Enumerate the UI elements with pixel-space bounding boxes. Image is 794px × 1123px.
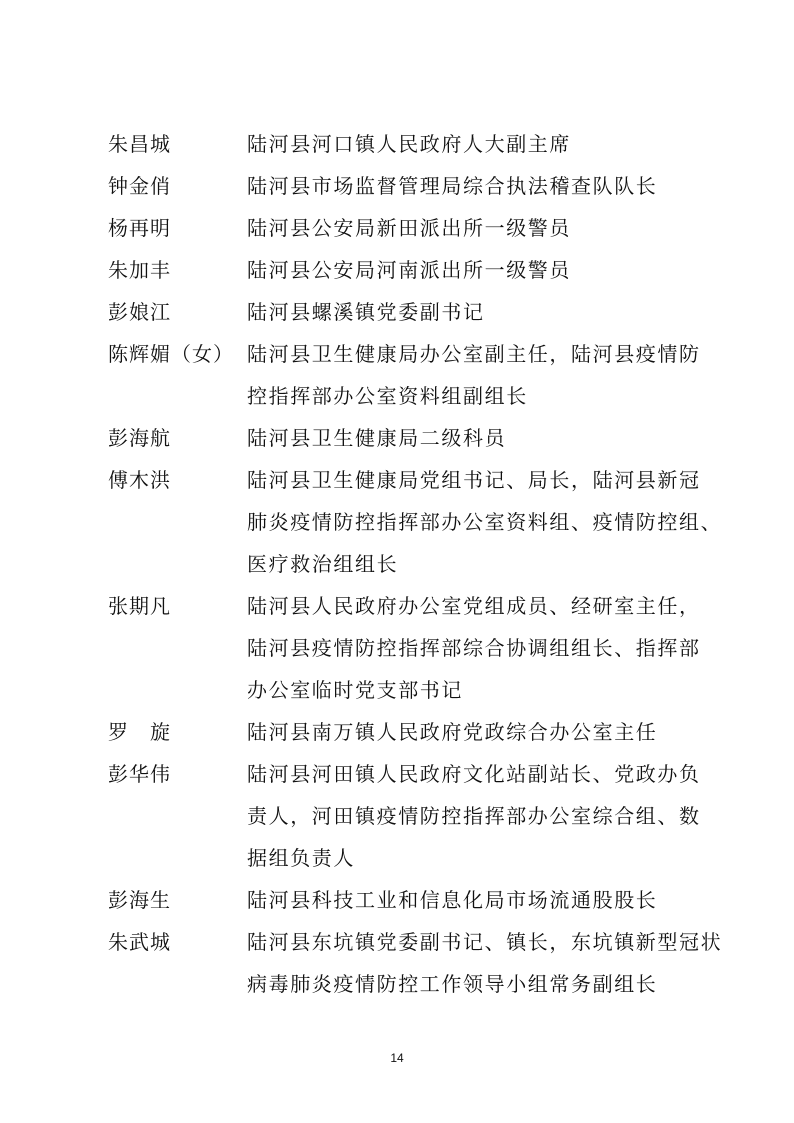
position-description: 陆河县河田镇人民政府文化站副站长、党政办负责人，河田镇疫情防控指挥部办公室综合组… <box>247 753 707 879</box>
person-name: 彭海航 <box>108 417 247 459</box>
list-item: 彭娘江陆河县螺溪镇党委副书记 <box>108 291 708 333</box>
position-description: 陆河县卫生健康局党组书记、局长，陆河县新冠肺炎疫情防控指挥部办公室资料组、疫情防… <box>247 459 707 585</box>
position-description: 陆河县市场监督管理局综合执法稽查队队长 <box>247 165 707 207</box>
position-description: 陆河县卫生健康局二级科员 <box>247 417 707 459</box>
description-line: 陆河县卫生健康局二级科员 <box>247 417 707 459</box>
position-description: 陆河县南万镇人民政府党政综合办公室主任 <box>247 711 707 753</box>
list-item: 朱武城陆河县东坑镇党委副书记、镇长，东坑镇新型冠状病毒肺炎疫情防控工作领导小组常… <box>108 921 708 1005</box>
list-item: 朱昌城陆河县河口镇人民政府人大副主席 <box>108 123 708 165</box>
description-line: 陆河县公安局新田派出所一级警员 <box>247 207 707 249</box>
person-name: 杨再明 <box>108 207 247 249</box>
description-line: 陆河县卫生健康局党组书记、局长，陆河县新冠 <box>247 459 707 501</box>
list-item: 朱加丰陆河县公安局河南派出所一级警员 <box>108 249 708 291</box>
position-description: 陆河县科技工业和信息化局市场流通股股长 <box>247 879 707 921</box>
description-line: 控指挥部办公室资料组副组长 <box>247 375 707 417</box>
person-name: 朱武城 <box>108 921 247 963</box>
description-line: 医疗救治组组长 <box>247 543 707 585</box>
person-name: 朱加丰 <box>108 249 247 291</box>
description-line: 责人，河田镇疫情防控指挥部办公室综合组、数 <box>247 795 707 837</box>
person-name: 彭海生 <box>108 879 247 921</box>
description-line: 据组负责人 <box>247 837 707 879</box>
position-description: 陆河县河口镇人民政府人大副主席 <box>247 123 707 165</box>
list-item: 张期凡陆河县人民政府办公室党组成员、经研室主任，陆河县疫情防控指挥部综合协调组组… <box>108 585 708 711</box>
person-name: 傅木洪 <box>108 459 247 501</box>
list-item: 傅木洪陆河县卫生健康局党组书记、局长，陆河县新冠肺炎疫情防控指挥部办公室资料组、… <box>108 459 708 585</box>
list-item: 钟金俏陆河县市场监督管理局综合执法稽查队队长 <box>108 165 708 207</box>
position-description: 陆河县卫生健康局办公室副主任，陆河县疫情防控指挥部办公室资料组副组长 <box>247 333 707 417</box>
list-item: 彭华伟陆河县河田镇人民政府文化站副站长、党政办负责人，河田镇疫情防控指挥部办公室… <box>108 753 708 879</box>
list-item: 陈辉媚（女）陆河县卫生健康局办公室副主任，陆河县疫情防控指挥部办公室资料组副组长 <box>108 333 708 417</box>
description-line: 病毒肺炎疫情防控工作领导小组常务副组长 <box>247 963 707 1005</box>
description-line: 陆河县公安局河南派出所一级警员 <box>247 249 707 291</box>
description-line: 陆河县科技工业和信息化局市场流通股股长 <box>247 879 707 921</box>
position-description: 陆河县螺溪镇党委副书记 <box>247 291 707 333</box>
personnel-list: 朱昌城陆河县河口镇人民政府人大副主席钟金俏陆河县市场监督管理局综合执法稽查队队长… <box>108 123 708 1005</box>
page-number: 14 <box>0 1050 794 1066</box>
person-name: 彭华伟 <box>108 753 247 795</box>
description-line: 陆河县螺溪镇党委副书记 <box>247 291 707 333</box>
description-line: 陆河县卫生健康局办公室副主任，陆河县疫情防 <box>247 333 707 375</box>
description-line: 陆河县河田镇人民政府文化站副站长、党政办负 <box>247 753 707 795</box>
position-description: 陆河县公安局新田派出所一级警员 <box>247 207 707 249</box>
person-name: 钟金俏 <box>108 165 247 207</box>
position-description: 陆河县公安局河南派出所一级警员 <box>247 249 707 291</box>
document-page: 朱昌城陆河县河口镇人民政府人大副主席钟金俏陆河县市场监督管理局综合执法稽查队队长… <box>0 0 794 1123</box>
description-line: 办公室临时党支部书记 <box>247 669 707 711</box>
person-name: 陈辉媚（女） <box>108 333 247 375</box>
position-description: 陆河县人民政府办公室党组成员、经研室主任，陆河县疫情防控指挥部综合协调组组长、指… <box>247 585 707 711</box>
description-line: 陆河县疫情防控指挥部综合协调组组长、指挥部 <box>247 627 707 669</box>
description-line: 陆河县市场监督管理局综合执法稽查队队长 <box>247 165 707 207</box>
position-description: 陆河县东坑镇党委副书记、镇长，东坑镇新型冠状病毒肺炎疫情防控工作领导小组常务副组… <box>247 921 707 1005</box>
person-name: 彭娘江 <box>108 291 247 333</box>
person-name: 朱昌城 <box>108 123 247 165</box>
list-item: 罗 旋陆河县南万镇人民政府党政综合办公室主任 <box>108 711 708 753</box>
description-line: 陆河县南万镇人民政府党政综合办公室主任 <box>247 711 707 753</box>
description-line: 陆河县河口镇人民政府人大副主席 <box>247 123 707 165</box>
person-name: 张期凡 <box>108 585 247 627</box>
list-item: 彭海航陆河县卫生健康局二级科员 <box>108 417 708 459</box>
description-line: 陆河县人民政府办公室党组成员、经研室主任， <box>247 585 707 627</box>
list-item: 彭海生陆河县科技工业和信息化局市场流通股股长 <box>108 879 708 921</box>
description-line: 陆河县东坑镇党委副书记、镇长，东坑镇新型冠状 <box>247 921 707 963</box>
list-item: 杨再明陆河县公安局新田派出所一级警员 <box>108 207 708 249</box>
description-line: 肺炎疫情防控指挥部办公室资料组、疫情防控组、 <box>247 501 707 543</box>
person-name: 罗 旋 <box>108 711 247 753</box>
